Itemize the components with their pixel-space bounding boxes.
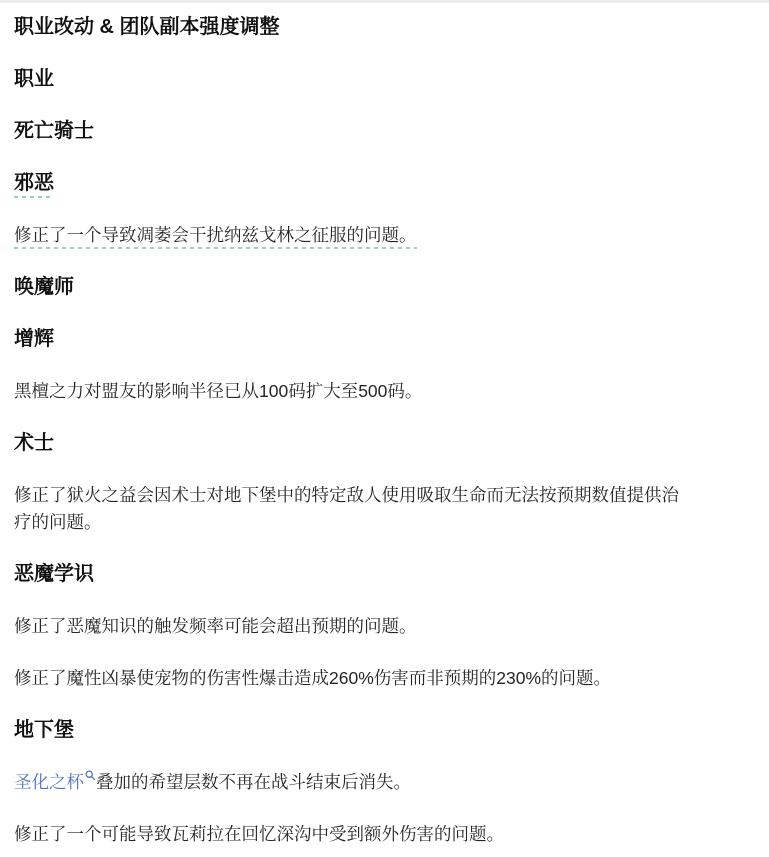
- heading-augmentation: 增辉: [14, 326, 686, 353]
- patch-note-hellfire-fix: 修正了狱火之益会因术士对地下堡中的特定敌人使用吸取生命而无法按预期数值提供治疗的…: [14, 482, 686, 536]
- translated-text-underline: 邪恶: [14, 172, 54, 198]
- section-title-class-changes: 职业改动 & 团队副本强度调整: [14, 14, 686, 41]
- translated-text-underline: 修正了一个导致凋萎会干扰纳兹戈林之征服的问题。: [14, 225, 417, 249]
- patch-note-sanctified-chalice: 圣化之杯叠加的希望层数不再在战斗结束后消失。: [14, 769, 686, 796]
- page-top-divider: [0, 0, 769, 3]
- spell-link-label: 圣化之杯: [14, 772, 84, 792]
- heading-unholy: 邪恶: [14, 170, 686, 197]
- patch-note-demonic-knowledge-fix: 修正了恶魔知识的触发频率可能会超出预期的问题。: [14, 613, 686, 640]
- patch-note-text: 叠加的希望层数不再在战斗结束后消失。: [96, 772, 411, 792]
- patch-note-valeera-fix: 修正了一个可能导致瓦莉拉在回忆深沟中受到额外伤害的问题。: [14, 821, 686, 848]
- magnifier-icon: [85, 770, 96, 781]
- heading-death-knight: 死亡骑士: [14, 118, 686, 145]
- heading-warlock: 术士: [14, 430, 686, 457]
- patch-note-crit-damage-fix: 修正了魔性凶暴使宠物的伤害性爆击造成260%伤害而非预期的230%的问题。: [14, 665, 686, 692]
- patch-note-unholy-fix: 修正了一个导致凋萎会干扰纳兹戈林之征服的问题。: [14, 222, 686, 249]
- heading-classes: 职业: [14, 66, 686, 93]
- heading-demonology: 恶魔学识: [14, 561, 686, 588]
- spell-link-sanctified-chalice[interactable]: 圣化之杯: [14, 772, 96, 792]
- heading-delves: 地下堡: [14, 717, 686, 744]
- patch-note-ebon-might: 黑檀之力对盟友的影响半径已从100码扩大至500码。: [14, 378, 686, 405]
- patch-notes-content: 职业改动 & 团队副本强度调整 职业 死亡骑士 邪恶 修正了一个导致凋萎会干扰纳…: [0, 0, 700, 848]
- heading-evoker: 唤魔师: [14, 274, 686, 301]
